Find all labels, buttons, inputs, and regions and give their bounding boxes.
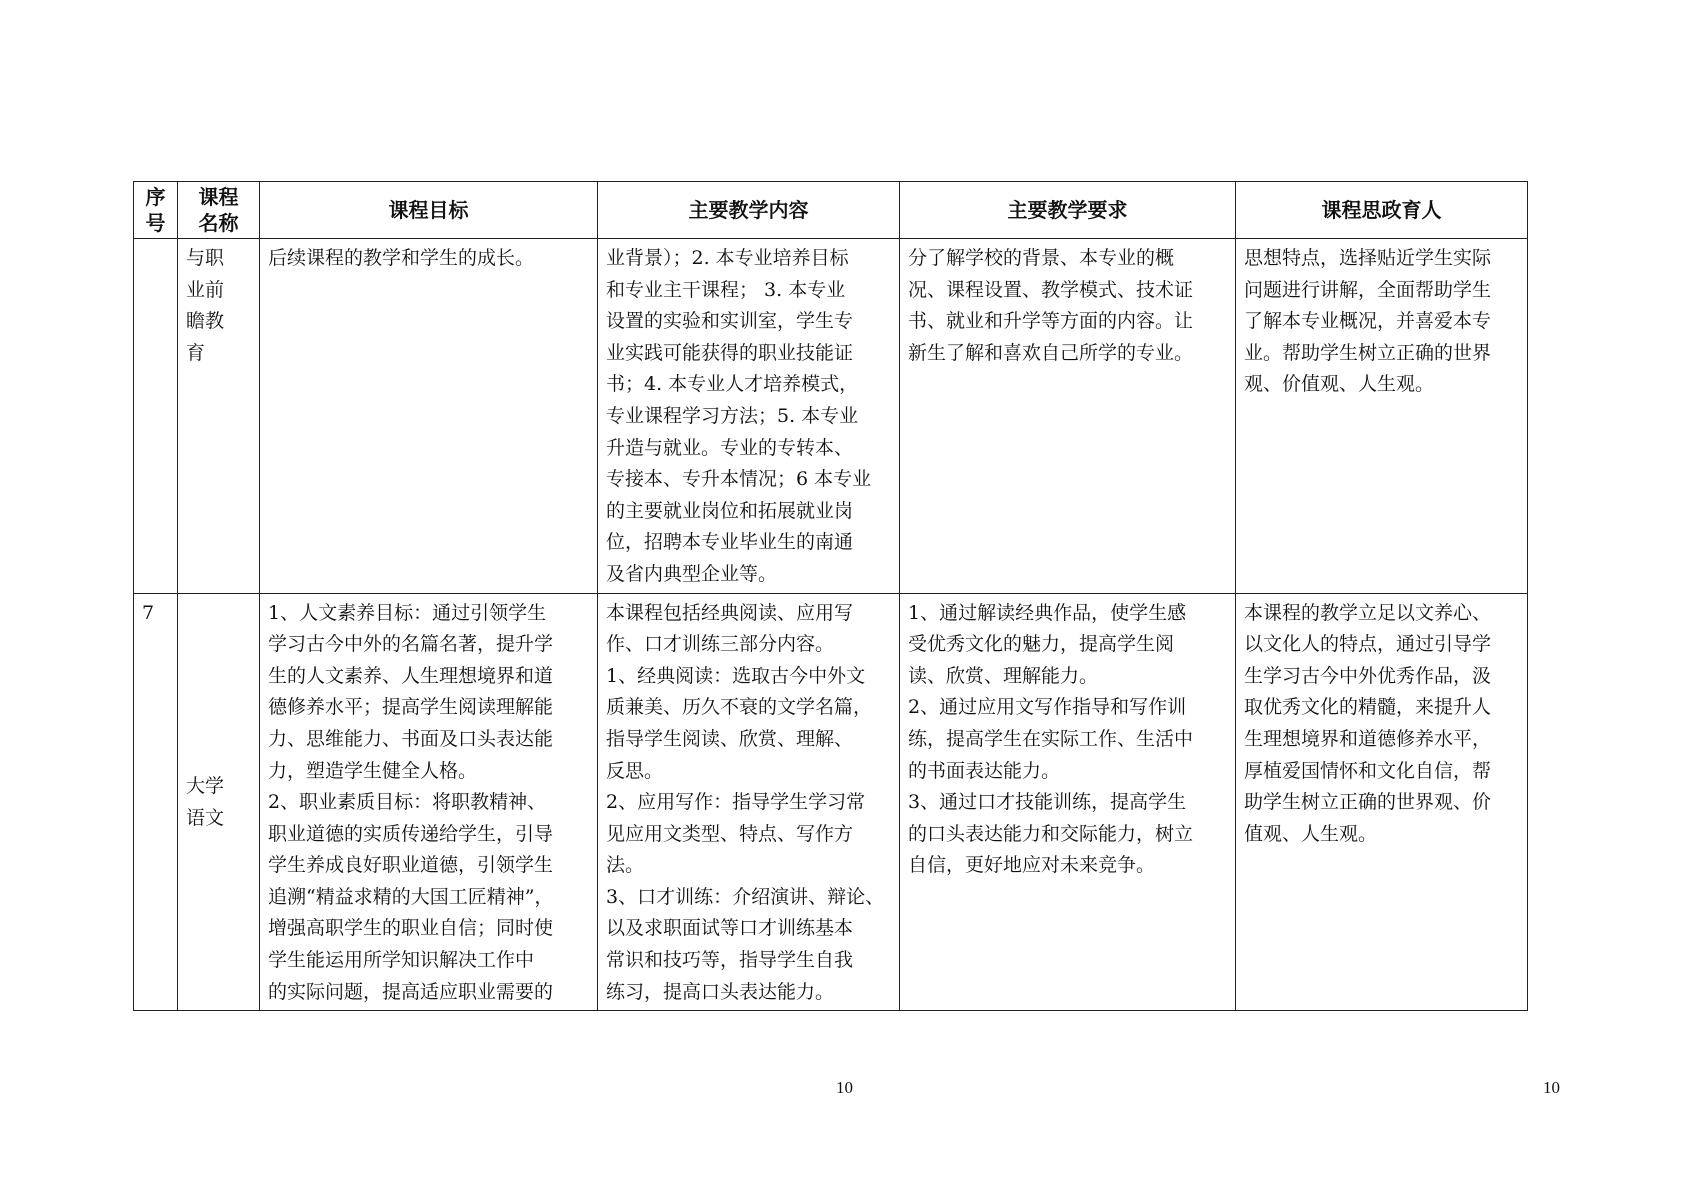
- cell-text-line: 生理想境界和道德修养水平，: [1244, 724, 1519, 756]
- cell-text-line: 生学习古今中外优秀作品，汲: [1244, 661, 1519, 693]
- cell-text-line: 书；4. 本专业人才培养模式，: [606, 369, 891, 401]
- cell-text-line: 业实践可能获得的职业技能证: [606, 338, 891, 370]
- cell-text-line: 业。帮助学生树立正确的世界: [1244, 338, 1519, 370]
- cell-text-line: 3、通过口才技能训练，提高学生: [908, 787, 1227, 819]
- cell-course-goal: 1、人文素养目标：通过引领学生学习古今中外的名篇名著，提升学生的人文素养、人生理…: [260, 593, 598, 1011]
- cell-text-line: 后续课程的教学和学生的成长。: [268, 243, 589, 275]
- cell-text-line: 2、通过应用文写作指导和写作训: [908, 692, 1227, 724]
- cell-text-line: 职业道德的实质传递给学生，引导: [268, 819, 589, 851]
- cell-serial-number: [134, 239, 178, 594]
- cell-text-line: 及省内典型企业等。: [606, 559, 891, 591]
- cell-text-line: 指导学生阅读、欣赏、理解、: [606, 724, 891, 756]
- cell-text-line: 本课程包括经典阅读、应用写: [606, 598, 891, 630]
- cell-text-line: 力、思维能力、书面及口头表达能: [268, 724, 589, 756]
- cell-text-line: 1、通过解读经典作品，使学生感: [908, 598, 1227, 630]
- cell-text-line: 书、就业和升学等方面的内容。让: [908, 306, 1227, 338]
- cell-text-line: 设置的实验和实训室，学生专: [606, 306, 891, 338]
- cell-text-line: 思想特点，选择贴近学生实际: [1244, 243, 1519, 275]
- course-table: 序 号 课程 名称 课程目标 主要教学内容 主要教学要求 课程思政育人 与职业前…: [133, 181, 1528, 1011]
- cell-text-line: 位，招聘本专业毕业生的南通: [606, 527, 891, 559]
- header-name-line-1: 课程: [180, 184, 257, 210]
- cell-text-line: 练习，提高口头表达能力。: [606, 977, 891, 1009]
- cell-text-line: 自信，更好地应对未来竞争。: [908, 850, 1227, 882]
- cell-text-line: 专业课程学习方法；5. 本专业: [606, 401, 891, 433]
- header-course-goal: 课程目标: [260, 182, 598, 239]
- cell-text-line: 作、口才训练三部分内容。: [606, 629, 891, 661]
- page-number-right: 10: [1543, 1078, 1560, 1098]
- cell-text-line: 了解本专业概况，并喜爱本专: [1244, 306, 1519, 338]
- table-row: 7 大学语文 1、人文素养目标：通过引领学生学习古今中外的名篇名著，提升学生的人…: [134, 593, 1528, 1011]
- cell-text-line: 见应用文类型、特点、写作方: [606, 819, 891, 851]
- cell-text-line: 学生能运用所学知识解决工作中: [268, 945, 589, 977]
- header-ideology-education: 课程思政育人: [1236, 182, 1528, 239]
- cell-serial-number: 7: [134, 593, 178, 1011]
- header-main-requirement: 主要教学要求: [900, 182, 1236, 239]
- header-course-name: 课程 名称: [178, 182, 260, 239]
- cell-text-line: 以文化人的特点，通过引导学: [1244, 629, 1519, 661]
- cell-text-line: 练，提高学生在实际工作、生活中: [908, 724, 1227, 756]
- header-serial-line-2: 号: [136, 210, 175, 236]
- cell-text-line: 2、职业素质目标：将职教精神、: [268, 787, 589, 819]
- cell-text-line: 助学生树立正确的世界观、价: [1244, 787, 1519, 819]
- document-page: 序 号 课程 名称 课程目标 主要教学内容 主要教学要求 课程思政育人 与职业前…: [0, 0, 1684, 1191]
- cell-text-line: 的实际问题，提高适应职业需要的: [268, 977, 589, 1009]
- cell-text-line: 大学: [186, 771, 251, 803]
- cell-text-line: 增强高职学生的职业自信；同时使: [268, 913, 589, 945]
- cell-text-line: 生的人文素养、人生理想境界和道: [268, 661, 589, 693]
- cell-text-line: 语文: [186, 803, 251, 835]
- cell-text-line: 常识和技巧等，指导学生自我: [606, 945, 891, 977]
- table-row: 与职业前瞻教育 后续课程的教学和学生的成长。 业背景）；2. 本专业培养目标和专…: [134, 239, 1528, 594]
- cell-text-line: 以及求职面试等口才训练基本: [606, 913, 891, 945]
- header-name-line-2: 名称: [180, 210, 257, 236]
- cell-text-line: 质兼美、历久不衰的文学名篇，: [606, 692, 891, 724]
- cell-text-line: 取优秀文化的精髓，来提升人: [1244, 692, 1519, 724]
- cell-text-line: 追溯“精益求精的大国工匠精神”，: [268, 882, 589, 914]
- cell-course-name: 大学语文: [178, 593, 260, 1011]
- header-serial-number: 序 号: [134, 182, 178, 239]
- cell-text-line: 学习古今中外的名篇名著，提升学: [268, 629, 589, 661]
- cell-text-line: 力，塑造学生健全人格。: [268, 756, 589, 788]
- cell-text-line: 反思。: [606, 756, 891, 788]
- table-header-row: 序 号 课程 名称 课程目标 主要教学内容 主要教学要求 课程思政育人: [134, 182, 1528, 239]
- cell-text-line: 厚植爱国情怀和文化自信，帮: [1244, 756, 1519, 788]
- cell-text-line: 的书面表达能力。: [908, 756, 1227, 788]
- cell-text-line: 新生了解和喜欢自己所学的专业。: [908, 338, 1227, 370]
- cell-text-line: 和专业主干课程； 3. 本专业: [606, 275, 891, 307]
- cell-text-line: 升造与就业。专业的专转本、: [606, 433, 891, 465]
- cell-main-content: 本课程包括经典阅读、应用写作、口才训练三部分内容。1、经典阅读：选取古今中外文质…: [598, 593, 900, 1011]
- cell-main-content: 业背景）；2. 本专业培养目标和专业主干课程； 3. 本专业设置的实验和实训室，…: [598, 239, 900, 594]
- cell-text-line: 1、人文素养目标：通过引领学生: [268, 598, 589, 630]
- cell-text-line: 问题进行讲解，全面帮助学生: [1244, 275, 1519, 307]
- cell-text-line: 与职: [186, 243, 251, 275]
- cell-text-line: 观、价值观、人生观。: [1244, 369, 1519, 401]
- cell-course-goal: 后续课程的教学和学生的成长。: [260, 239, 598, 594]
- cell-ideology-education: 本课程的教学立足以文养心、以文化人的特点，通过引导学生学习古今中外优秀作品，汲取…: [1236, 593, 1528, 1011]
- cell-text-line: 德修养水平；提高学生阅读理解能: [268, 692, 589, 724]
- cell-text-line: 本课程的教学立足以文养心、: [1244, 598, 1519, 630]
- cell-text-line: 法。: [606, 850, 891, 882]
- cell-ideology-education: 思想特点，选择贴近学生实际问题进行讲解，全面帮助学生了解本专业概况，并喜爱本专业…: [1236, 239, 1528, 594]
- page-number-center: 10: [836, 1078, 853, 1098]
- header-serial-line-1: 序: [136, 184, 175, 210]
- cell-text-line: 业背景）；2. 本专业培养目标: [606, 243, 891, 275]
- cell-text-line: 况、课程设置、教学模式、技术证: [908, 275, 1227, 307]
- cell-main-requirement: 分了解学校的背景、本专业的概况、课程设置、教学模式、技术证书、就业和升学等方面的…: [900, 239, 1236, 594]
- cell-text-line: 业前: [186, 275, 251, 307]
- cell-text-line: 的主要就业岗位和拓展就业岗: [606, 496, 891, 528]
- cell-main-requirement: 1、通过解读经典作品，使学生感受优秀文化的魅力，提高学生阅读、欣赏、理解能力。2…: [900, 593, 1236, 1011]
- header-main-content: 主要教学内容: [598, 182, 900, 239]
- cell-text-line: 3、口才训练：介绍演讲、辩论、: [606, 882, 891, 914]
- cell-text-line: 值观、人生观。: [1244, 819, 1519, 851]
- cell-text-line: 学生养成良好职业道德，引领学生: [268, 850, 589, 882]
- cell-text-line: 的口头表达能力和交际能力，树立: [908, 819, 1227, 851]
- cell-text-line: 读、欣赏、理解能力。: [908, 661, 1227, 693]
- cell-text-line: 1、经典阅读：选取古今中外文: [606, 661, 891, 693]
- cell-text-line: 专接本、专升本情况；6 本专业: [606, 464, 891, 496]
- cell-course-name: 与职业前瞻教育: [178, 239, 260, 594]
- cell-text-line: 2、应用写作：指导学生学习常: [606, 787, 891, 819]
- cell-text-line: 受优秀文化的魅力，提高学生阅: [908, 629, 1227, 661]
- cell-text-line: 育: [186, 338, 251, 370]
- cell-text-line: 分了解学校的背景、本专业的概: [908, 243, 1227, 275]
- cell-text-line: 瞻教: [186, 306, 251, 338]
